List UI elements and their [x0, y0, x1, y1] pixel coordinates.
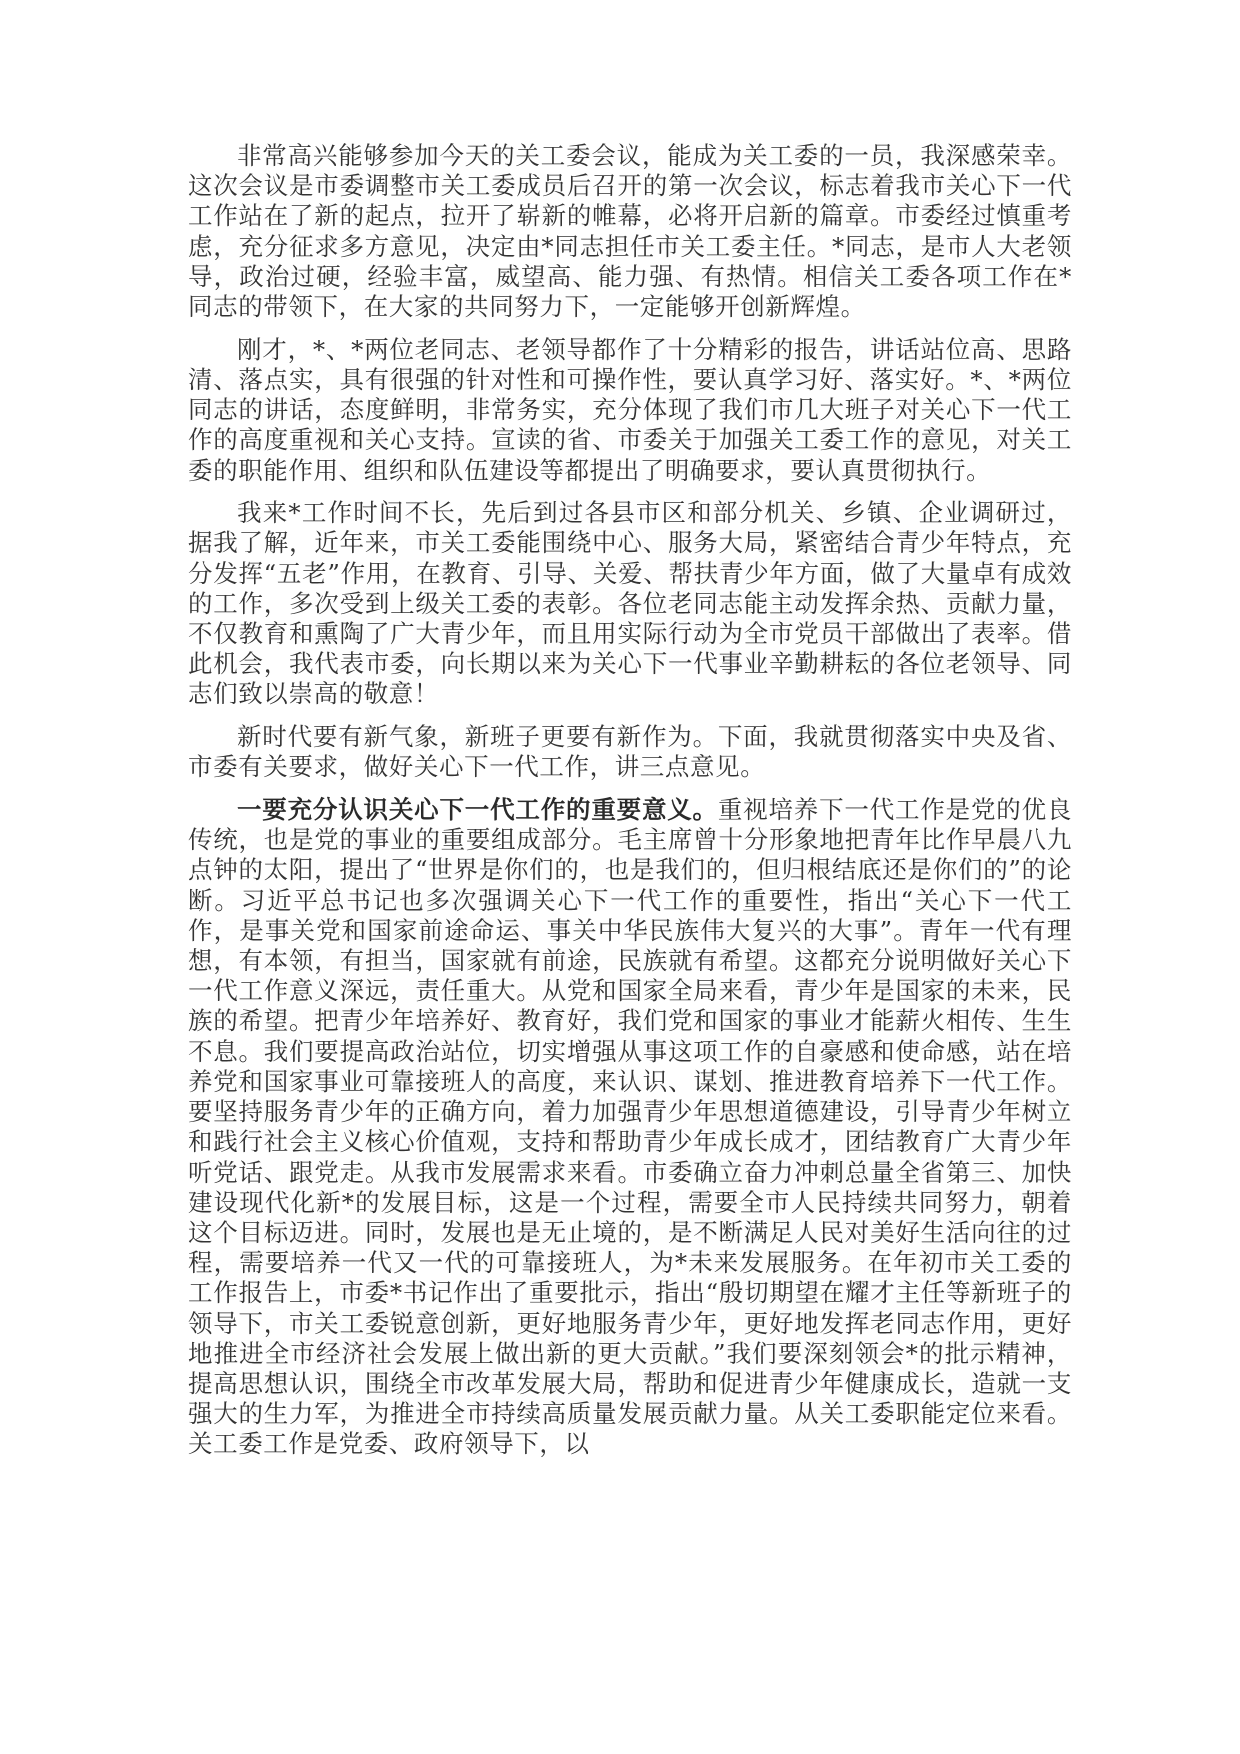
paragraph-lead-heading: 一要充分认识关心下一代工作的重要意义。: [237, 795, 718, 824]
paragraph-opening: 非常高兴能够参加今天的关工委会议，能成为关工委的一员，我深感荣幸。这次会议是市委…: [188, 141, 1072, 322]
paragraph-text: 我来*工作时间不长，先后到过各县市区和部分机关、乡镇、企业调研过，据我了解，近年…: [188, 498, 1072, 708]
paragraph-three-points-intro: 新时代要有新气象，新班子更要有新作为。下面，我就贯彻落实中央及省、市委有关要求，…: [188, 722, 1072, 782]
paragraph-research: 我来*工作时间不长，先后到过各县市区和部分机关、乡镇、企业调研过，据我了解，近年…: [188, 498, 1072, 709]
paragraph-reports: 刚才，*、*两位老同志、老领导都作了十分精彩的报告，讲话站位高、思路清、落点实，…: [188, 335, 1072, 486]
paragraph-text: 刚才，*、*两位老同志、老领导都作了十分精彩的报告，讲话站位高、思路清、落点实，…: [188, 335, 1072, 485]
paragraph-text: 非常高兴能够参加今天的关工委会议，能成为关工委的一员，我深感荣幸。这次会议是市委…: [188, 141, 1072, 321]
document-page: 非常高兴能够参加今天的关工委会议，能成为关工委的一员，我深感荣幸。这次会议是市委…: [188, 141, 1072, 1472]
paragraph-point-one: 一要充分认识关心下一代工作的重要意义。重视培养下一代工作是党的优良传统，也是党的…: [188, 795, 1072, 1459]
paragraph-text: 新时代要有新气象，新班子更要有新作为。下面，我就贯彻落实中央及省、市委有关要求，…: [188, 722, 1072, 781]
paragraph-text: 重视培养下一代工作是党的优良传统，也是党的事业的重要组成部分。毛主席曾十分形象地…: [188, 795, 1072, 1458]
